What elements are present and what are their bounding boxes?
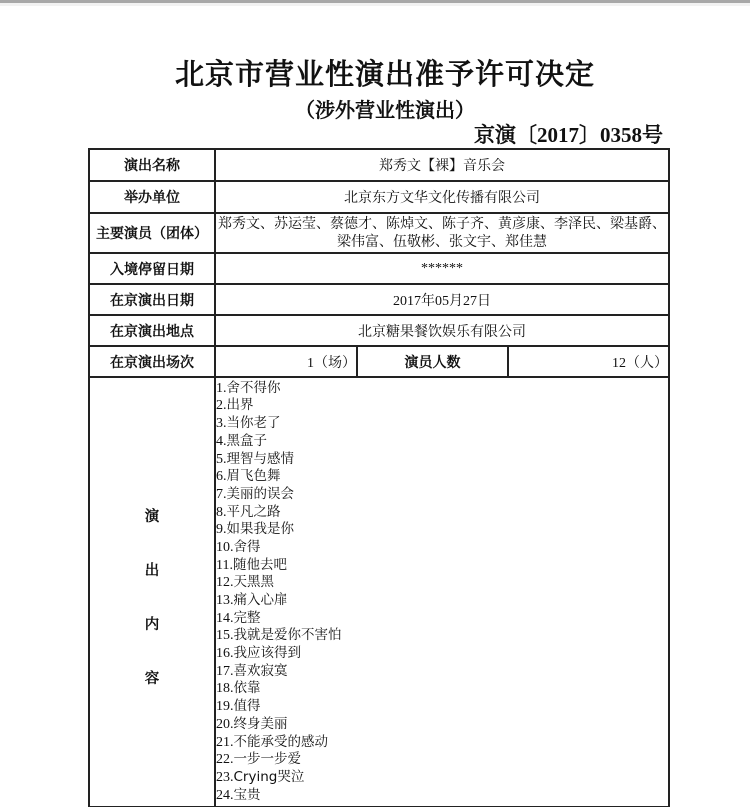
program-item: 24.宝贵: [216, 787, 668, 805]
program-item: 6.眉飞色舞: [216, 468, 668, 486]
label-entry-stay: 入境停留日期: [89, 253, 215, 284]
row-entry-stay: 入境停留日期 ******: [89, 253, 669, 284]
program-item: 9.如果我是你: [216, 521, 668, 539]
document-title: 北京市营业性演出准予许可决定: [0, 52, 750, 93]
program-item: 20.终身美丽: [216, 716, 668, 734]
value-show-name: 郑秀文【裸】音乐会: [215, 149, 669, 181]
program-item: 16.我应该得到: [216, 645, 668, 663]
value-performers: 郑秀文、苏运莹、蔡德才、陈焯文、陈子齐、黄彦康、李泽民、梁基爵、梁伟富、伍敬彬、…: [215, 213, 669, 253]
program-item: 21.不能承受的感动: [216, 734, 668, 752]
label-content-char-2: 出: [145, 559, 160, 580]
label-content-char-1: 演: [145, 505, 160, 526]
program-item: 13.痛入心扉: [216, 592, 668, 610]
viewer-top-shadow: [0, 3, 750, 6]
label-organizer: 举办单位: [89, 181, 215, 213]
program-item: 15.我就是爱你不害怕: [216, 627, 668, 645]
value-entry-stay: ******: [215, 253, 669, 284]
program-item: 18.依靠: [216, 680, 668, 698]
row-performers: 主要演员（团体） 郑秀文、苏运莹、蔡德才、陈焯文、陈子齐、黄彦康、李泽民、梁基爵…: [89, 213, 669, 253]
value-sessions: 1（场）: [215, 346, 357, 377]
value-organizer: 北京东方文华文化传播有限公司: [215, 181, 669, 213]
program-item: 4.黑盒子: [216, 433, 668, 451]
row-show-date: 在京演出日期 2017年05月27日: [89, 284, 669, 315]
program-item: 8.平凡之路: [216, 504, 668, 522]
value-performer-count: 12（人）: [508, 346, 669, 377]
row-venue: 在京演出地点 北京糖果餐饮娱乐有限公司: [89, 315, 669, 346]
program-item: 3.当你老了: [216, 415, 668, 433]
row-show-name: 演出名称 郑秀文【裸】音乐会: [89, 149, 669, 181]
document-number: 京演〔2017〕0358号: [474, 119, 684, 149]
row-organizer: 举办单位 北京东方文华文化传播有限公司: [89, 181, 669, 213]
program-item: 17.喜欢寂寞: [216, 663, 668, 681]
program-item: 23.Crying哭泣: [216, 769, 668, 787]
label-content-char-4: 容: [145, 667, 160, 688]
row-content: 演 出 内 容 1.舍不得你 2.出界 3.当你老了 4.黑盒子 5.理智与感情…: [89, 377, 669, 807]
label-show-name: 演出名称: [89, 149, 215, 181]
program-item: 5.理智与感情: [216, 451, 668, 469]
program-item: 19.值得: [216, 698, 668, 716]
label-sessions: 在京演出场次: [89, 346, 215, 377]
label-performer-count: 演员人数: [357, 346, 508, 377]
program-item: 12.天黑黑: [216, 574, 668, 592]
program-item: 11.随他去吧: [216, 557, 668, 575]
program-item: 7.美丽的误会: [216, 486, 668, 504]
program-item: 14.完整: [216, 610, 668, 628]
permit-table: 演出名称 郑秀文【裸】音乐会 举办单位 北京东方文华文化传播有限公司 主要演员（…: [88, 148, 670, 807]
program-item: 2.出界: [216, 397, 668, 415]
label-content-char-3: 内: [145, 613, 160, 634]
value-venue: 北京糖果餐饮娱乐有限公司: [215, 315, 669, 346]
program-item: 10.舍得: [216, 539, 668, 557]
program-item: 1.舍不得你: [216, 380, 668, 398]
value-show-date: 2017年05月27日: [215, 284, 669, 315]
program-item: 22.一步一步爱: [216, 751, 668, 769]
label-content: 演 出 内 容: [89, 377, 215, 807]
label-performers: 主要演员（团体）: [89, 213, 215, 253]
row-sessions: 在京演出场次 1（场） 演员人数 12（人）: [89, 346, 669, 377]
program-list: 1.舍不得你 2.出界 3.当你老了 4.黑盒子 5.理智与感情 6.眉飞色舞 …: [215, 377, 669, 807]
label-show-date: 在京演出日期: [89, 284, 215, 315]
label-venue: 在京演出地点: [89, 315, 215, 346]
